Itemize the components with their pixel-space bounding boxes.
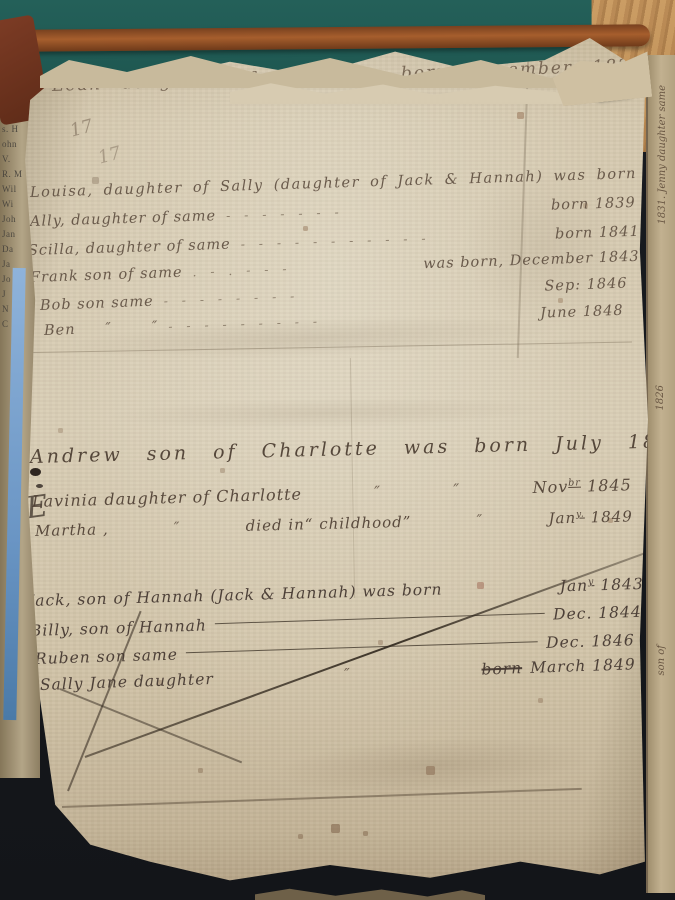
ditto-dashes: . - . - - - (192, 258, 413, 280)
ditto-dashes: - - - - - - - - - - - (240, 228, 545, 252)
vertical-script-fragment: 1831. Jenny daughter same (657, 85, 668, 224)
entry-name-part: Ally, daughter of same (30, 208, 217, 230)
date-year: 1843 (594, 575, 644, 594)
entry-date-part: Jany 1843 (559, 575, 644, 595)
date-month: Jan (548, 509, 576, 528)
manuscript-page: E 17 17 Leah daughter of Bina was born D… (22, 38, 648, 888)
entry-date-part: Dec. 1844 (553, 603, 642, 624)
wrinkle-shading (102, 394, 552, 432)
torn-paper-sliver (255, 886, 485, 900)
ditto-dashes: - - - - - - - - (163, 280, 534, 308)
adjacent-page-edge-right: 1831. Jenny daughter same 1826 son of (646, 55, 675, 893)
entry-date-part: June 1848 (540, 303, 624, 322)
ditto-mark: ″ (374, 482, 382, 501)
date-year: 1849 (585, 507, 633, 526)
entry-name-part: Ben (44, 322, 76, 339)
printed-fragment: Jan (2, 227, 32, 242)
printed-fragment: Joh (2, 212, 32, 227)
entry-name-part: Ruben son same (35, 646, 178, 668)
entry-date-part: Novbr 1845 (532, 475, 632, 497)
entry-name-part: Bob son same (40, 294, 154, 314)
date-superscript: y. (576, 510, 585, 520)
date-year: March 1849 (530, 655, 636, 677)
fold-crease (62, 788, 582, 808)
entry-ally: Ally, daughter of same - - - - - - - bor… (30, 195, 636, 230)
entry-date-part: was born, December 1843 (423, 249, 640, 273)
entry-name-part: Scilla, daughter of same (28, 237, 231, 259)
entry-louisa: Louisa, daughter of Sally (daughter of J… (30, 166, 642, 201)
ditto-mark: ″ (105, 321, 112, 337)
ditto-dashes: - - - - - - - - - (168, 307, 530, 334)
pencil-mark: 17 (96, 142, 124, 168)
ruled-line (186, 641, 538, 653)
struck-word: born (481, 659, 522, 678)
ruled-line (215, 612, 545, 623)
date-superscript: br (568, 477, 581, 488)
entry-martha: Martha , ″ died in“ childhood” ″ Jany. 1… (35, 507, 633, 540)
entry-andrew: Andrew son of Charlotte was born July 18… (30, 431, 642, 468)
ditto-mark: ″ (476, 511, 483, 529)
printed-fragment: Wi (2, 197, 32, 212)
entry-lavinia: Lavinia daughter of Charlotte ″ ″ Novbr … (32, 475, 632, 511)
date-year: 1845 (581, 475, 632, 495)
entry-date-part: born 1841 (555, 224, 640, 243)
entry-name-part: Jack, son of Hannah (Jack & Hannah) was … (28, 581, 443, 611)
date-month: Jan (559, 577, 588, 596)
vertical-script-fragment: son of (656, 645, 667, 676)
fold-crease-horizontal (32, 342, 632, 353)
entry-date-part: Jany. 1849 (548, 507, 633, 527)
ditto-mark: ″ (453, 480, 461, 499)
entry-date-part: bornMarch 1849 (481, 655, 636, 678)
ditto-mark: ″ (174, 518, 181, 536)
ditto-dashes: - - - - - - - (226, 199, 541, 223)
printed-fragment: Da (2, 242, 32, 257)
entry-name-part: Frank son of same (30, 265, 183, 286)
entry-note: died in“ childhood” (245, 513, 411, 535)
fold-crease-vertical (350, 358, 355, 598)
entry-name-part: Martha , (35, 520, 109, 540)
ink-blot (30, 468, 41, 476)
ditto-mark: ″ (344, 665, 351, 683)
entry-name-part: Sally Jane daughter (40, 670, 214, 694)
entry-date-part: Sep: 1846 (544, 275, 628, 294)
entry-name-part: Lavinia daughter of Charlotte (32, 484, 303, 511)
book-spine-leather (25, 24, 650, 51)
entry-name-part: Billy, son of Hannah (30, 616, 207, 640)
photo-of-record-book: 1831. Jenny daughter same 1826 son of li… (0, 0, 675, 900)
pencil-mark: 17 (68, 115, 96, 141)
vertical-script-fragment: 1826 (655, 385, 666, 410)
date-month: Nov (532, 477, 568, 497)
ditto-mark: ″ (152, 319, 159, 335)
entry-date-part: born 1839 (551, 195, 636, 214)
entry-date-part: Dec. 1846 (546, 631, 635, 652)
fold-crease (60, 688, 242, 763)
